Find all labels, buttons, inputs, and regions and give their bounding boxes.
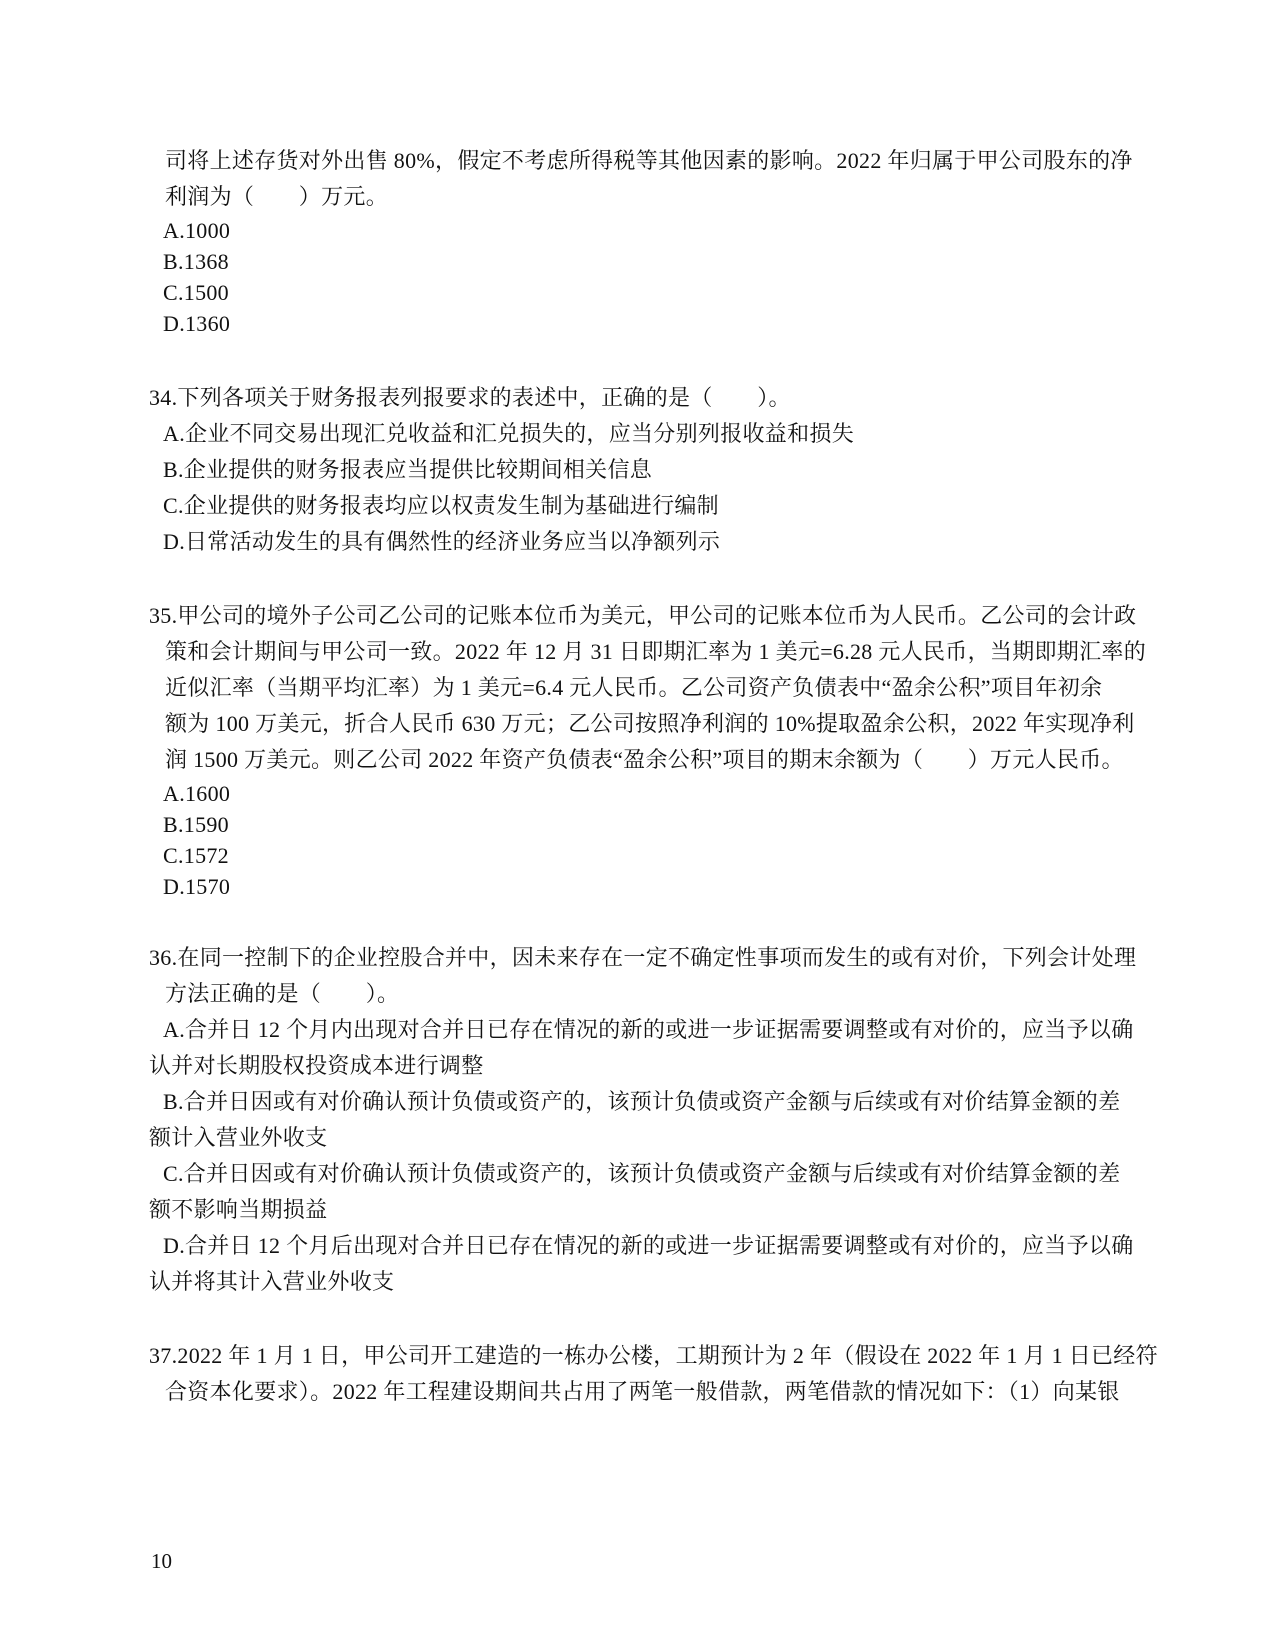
option-line: D.合并日 12 个月后出现对合并日已存在情况的新的或进一步证据需要调整或有对价…	[149, 1228, 1139, 1264]
option-line: B.1590	[149, 809, 1139, 840]
question-line: 额为 100 万美元，折合人民币 630 万元；乙公司按照净利润的 10%提取盈…	[149, 706, 1139, 742]
option-line: B.企业提供的财务报表应当提供比较期间相关信息	[149, 452, 1139, 488]
question-line: 35.甲公司的境外子公司乙公司的记账本位币为美元，甲公司的记账本位币为人民币。乙…	[149, 598, 1139, 634]
question-35: 35.甲公司的境外子公司乙公司的记账本位币为美元，甲公司的记账本位币为人民币。乙…	[149, 598, 1139, 902]
question-line: 37.2022 年 1 月 1 日，甲公司开工建造的一栋办公楼，工期预计为 2 …	[149, 1338, 1139, 1374]
option-line: A.1000	[149, 215, 1139, 246]
document-page: 司将上述存货对外出售 80%，假定不考虑所得税等其他因素的影响。2022 年归属…	[0, 0, 1275, 1650]
question-line: 利润为（ ）万元。	[149, 179, 1139, 215]
option-line: 认并对长期股权投资成本进行调整	[149, 1048, 1139, 1084]
question-line: 方法正确的是（ ）。	[149, 976, 1139, 1012]
option-line: 额不影响当期损益	[149, 1192, 1139, 1228]
option-line: C.企业提供的财务报表均应以权责发生制为基础进行编制	[149, 488, 1139, 524]
question-line: 近似汇率（当期平均汇率）为 1 美元=6.4 元人民币。乙公司资产负债表中“盈余…	[149, 670, 1139, 706]
option-line: C.合并日因或有对价确认预计负债或资产的，该预计负债或资产金额与后续或有对价结算…	[149, 1156, 1139, 1192]
option-line: A.1600	[149, 778, 1139, 809]
question-37: 37.2022 年 1 月 1 日，甲公司开工建造的一栋办公楼，工期预计为 2 …	[149, 1338, 1139, 1410]
option-line: A.合并日 12 个月内出现对合并日已存在情况的新的或进一步证据需要调整或有对价…	[149, 1012, 1139, 1048]
page-content: 司将上述存货对外出售 80%，假定不考虑所得税等其他因素的影响。2022 年归属…	[149, 143, 1139, 1410]
question-line: 策和会计期间与甲公司一致。2022 年 12 月 31 日即期汇率为 1 美元=…	[149, 634, 1139, 670]
question-line: 合资本化要求）。2022 年工程建设期间共占用了两笔一般借款，两笔借款的情况如下…	[149, 1374, 1139, 1410]
page-number: 10	[151, 1549, 172, 1573]
option-line: 额计入营业外收支	[149, 1120, 1139, 1156]
option-line: C.1572	[149, 840, 1139, 871]
question-line: 36.在同一控制下的企业控股合并中，因未来存在一定不确定性事项而发生的或有对价，…	[149, 940, 1139, 976]
question-33-continuation: 司将上述存货对外出售 80%，假定不考虑所得税等其他因素的影响。2022 年归属…	[149, 143, 1139, 339]
option-line: 认并将其计入营业外收支	[149, 1264, 1139, 1300]
question-line: 司将上述存货对外出售 80%，假定不考虑所得税等其他因素的影响。2022 年归属…	[149, 143, 1139, 179]
option-line: A.企业不同交易出现汇兑收益和汇兑损失的，应当分别列报收益和损失	[149, 416, 1139, 452]
question-line: 润 1500 万美元。则乙公司 2022 年资产负债表“盈余公积”项目的期末余额…	[149, 742, 1139, 778]
option-line: D.1360	[149, 308, 1139, 339]
option-line: D.1570	[149, 871, 1139, 902]
option-line: D.日常活动发生的具有偶然性的经济业务应当以净额列示	[149, 524, 1139, 560]
question-line: 34.下列各项关于财务报表列报要求的表述中，正确的是（ ）。	[149, 380, 1139, 416]
question-34: 34.下列各项关于财务报表列报要求的表述中，正确的是（ ）。 A.企业不同交易出…	[149, 380, 1139, 560]
option-line: B.合并日因或有对价确认预计负债或资产的，该预计负债或资产金额与后续或有对价结算…	[149, 1084, 1139, 1120]
question-36: 36.在同一控制下的企业控股合并中，因未来存在一定不确定性事项而发生的或有对价，…	[149, 940, 1139, 1300]
option-line: B.1368	[149, 246, 1139, 277]
option-line: C.1500	[149, 277, 1139, 308]
